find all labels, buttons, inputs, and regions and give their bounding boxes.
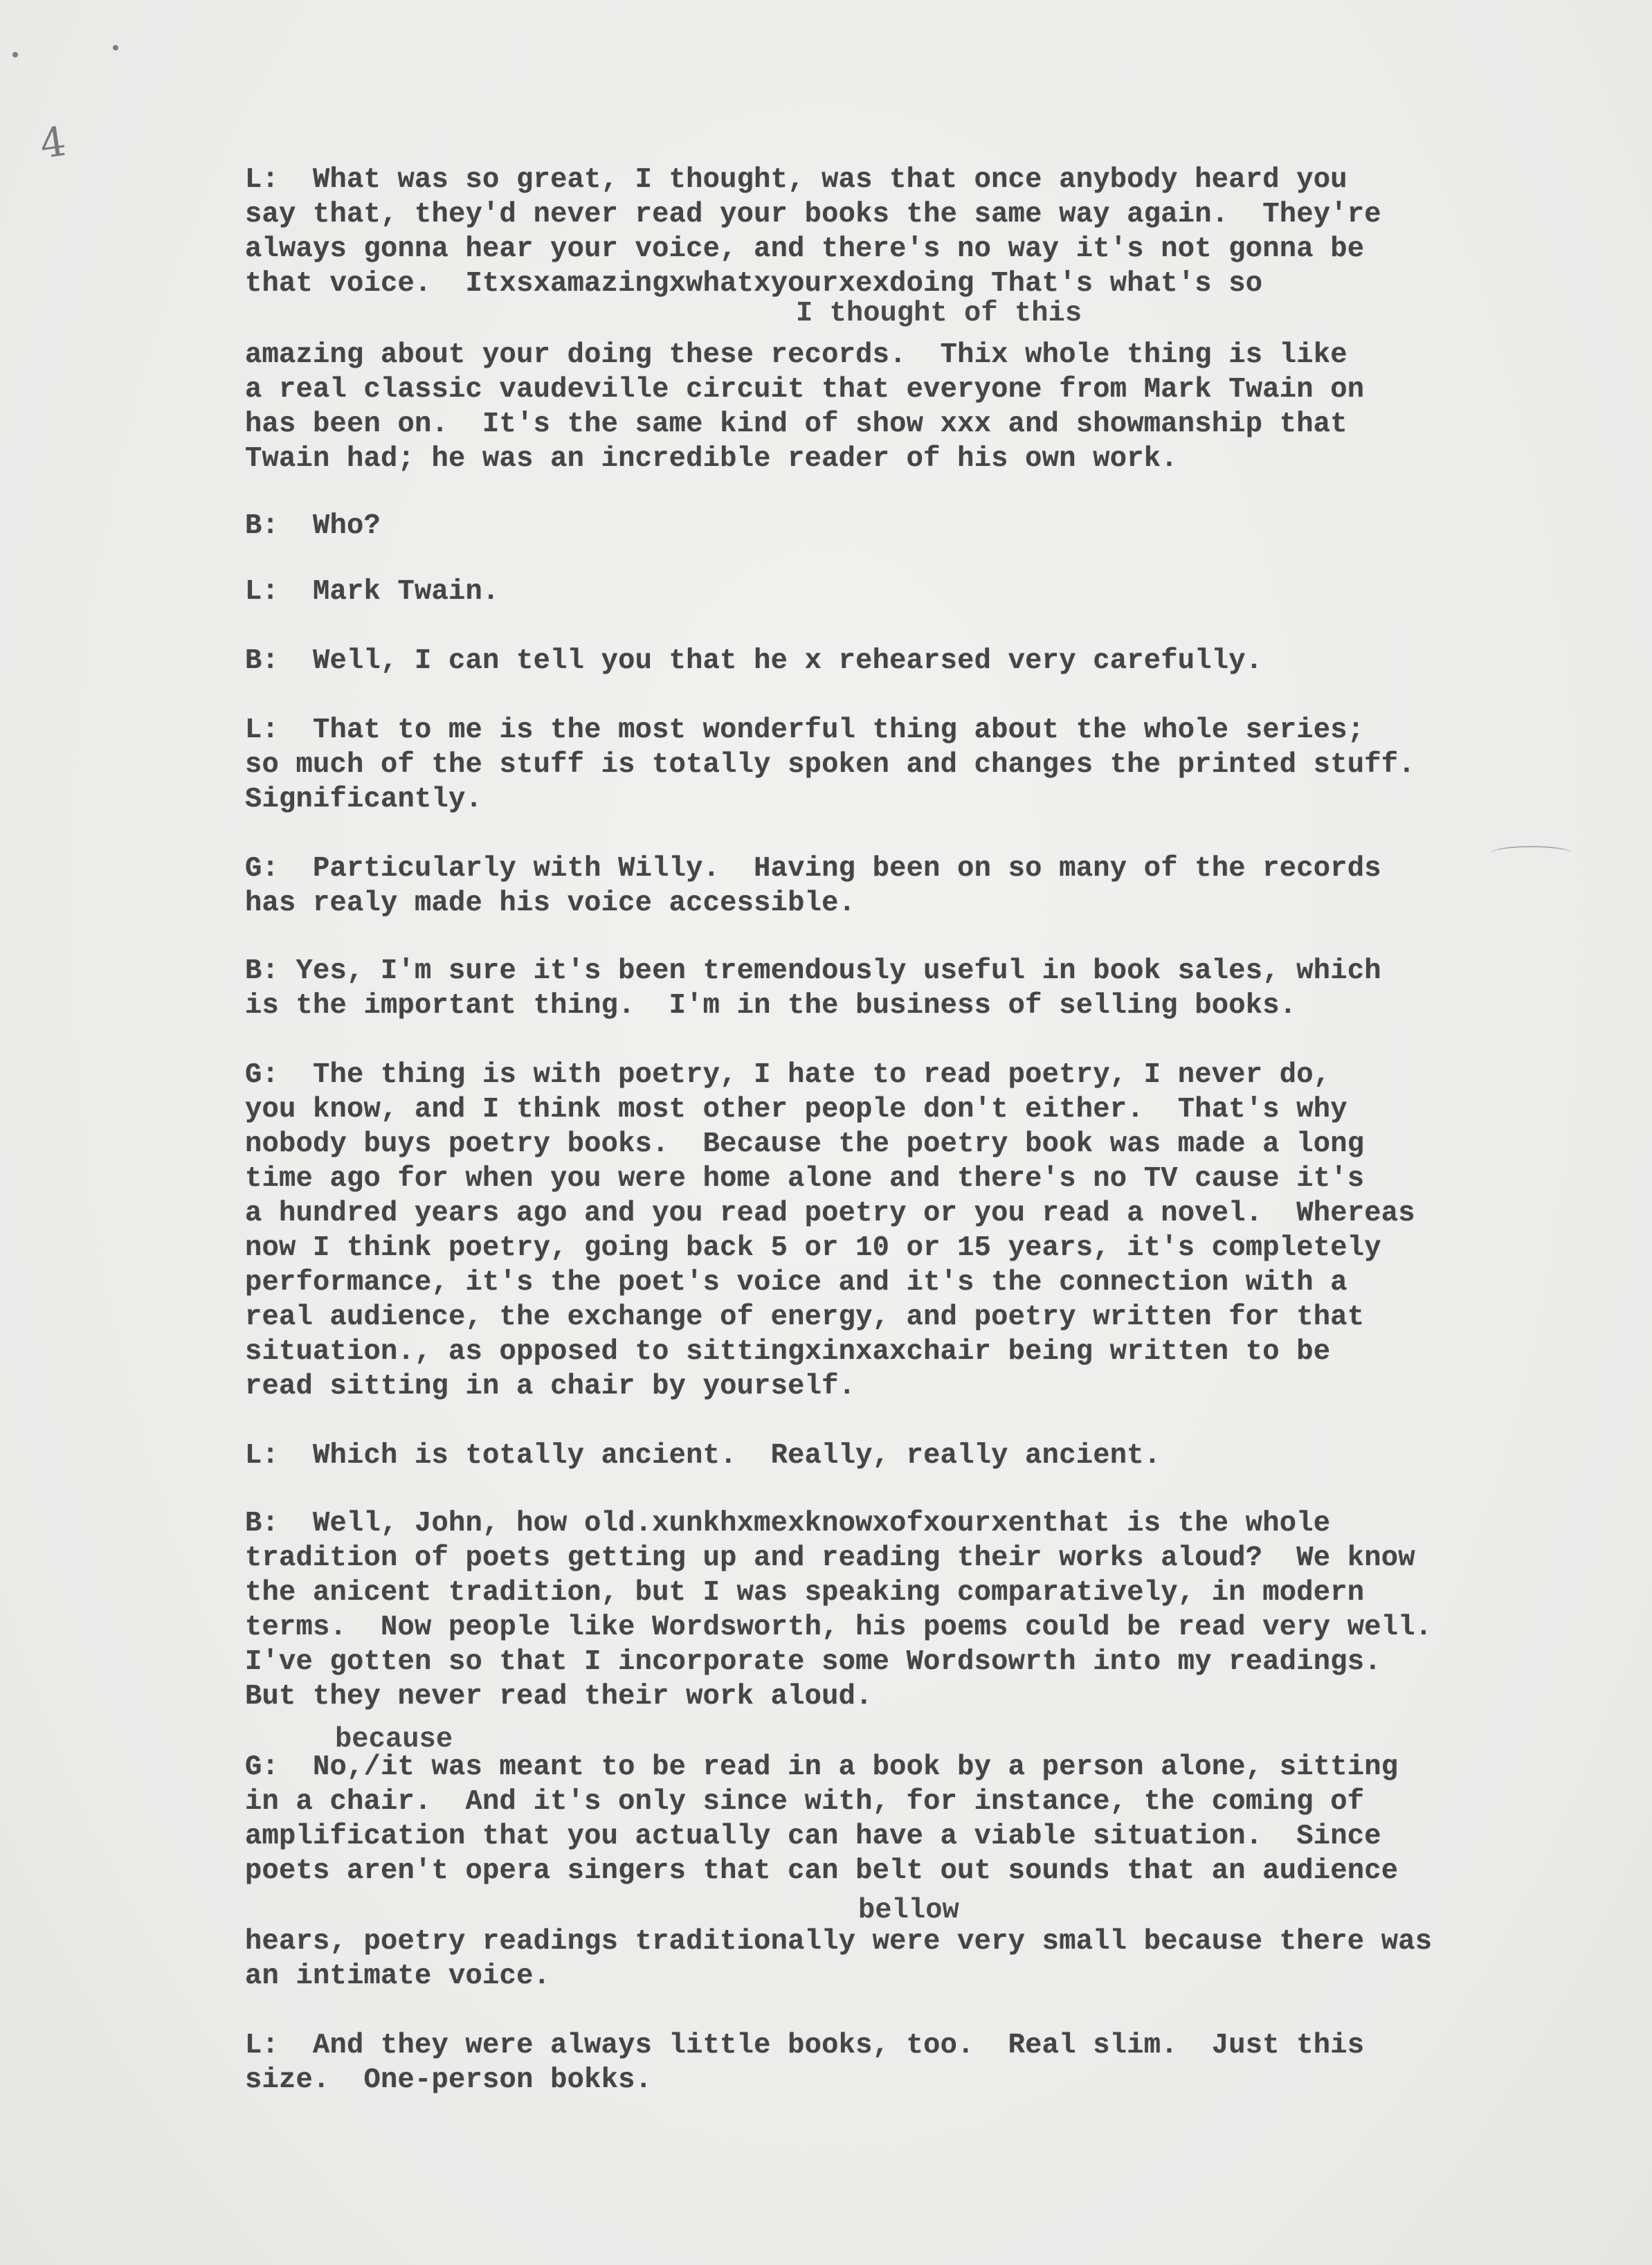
handwritten-page-number: 4	[37, 118, 69, 168]
transcript-line: has realy made his voice accessible.	[245, 886, 855, 921]
transcript-line: B: Yes, I'm sure it's been tremendously …	[245, 954, 1381, 989]
transcript-line: always gonna hear your voice, and there'…	[245, 232, 1364, 267]
transcript-line: real audience, the exchange of energy, a…	[245, 1300, 1364, 1335]
typewritten-page: 4 L: What was so great, I thought, was t…	[0, 0, 1652, 2265]
transcript-line: L: What was so great, I thought, was tha…	[245, 163, 1347, 197]
transcript-line: is the important thing. I'm in the busin…	[245, 989, 1296, 1023]
transcript-line: that voice. Itxsxamazingxwhatxyourxexdoi…	[245, 267, 1262, 301]
transcript-line: an intimate voice.	[245, 1959, 550, 1994]
transcript-line: poets aren't opera singers that can belt…	[245, 1854, 1398, 1888]
transcript-line: performance, it's the poet's voice and i…	[245, 1265, 1347, 1300]
transcript-line: read sitting in a chair by yourself.	[245, 1369, 855, 1404]
insertion-because: because	[335, 1722, 453, 1757]
transcript-line: B: Well, I can tell you that he x rehear…	[245, 644, 1262, 678]
transcript-line: has been on. It's the same kind of show …	[245, 407, 1347, 442]
transcript-line: you know, and I think most other people …	[245, 1092, 1347, 1127]
transcript-line: a hundred years ago and you read poetry …	[245, 1196, 1415, 1231]
transcript-line: Twain had; he was an incredible reader o…	[245, 442, 1178, 476]
transcript-line: amazing about your doing these records. …	[245, 338, 1347, 372]
transcript-line: now I think poetry, going back 5 or 10 o…	[245, 1231, 1381, 1265]
transcript-line: say that, they'd never read your books t…	[245, 197, 1381, 232]
transcript-line: situation., as opposed to sittingxinxaxc…	[245, 1335, 1330, 1369]
transcript-line: L: That to me is the most wonderful thin…	[245, 713, 1364, 748]
transcript-line: B: Who?	[245, 509, 381, 543]
insertion-i-thought-of-this: I thought of this	[796, 296, 1082, 331]
staple-hole	[12, 52, 18, 57]
transcript-line: G: The thing is with poetry, I hate to r…	[245, 1058, 1330, 1092]
transcript-line: time ago for when you were home alone an…	[245, 1162, 1364, 1196]
transcript-line: in a chair. And it's only since with, fo…	[245, 1785, 1364, 1819]
transcript-line: But they never read their work aloud.	[245, 1679, 873, 1714]
transcript-line: tradition of poets getting up and readin…	[245, 1541, 1415, 1576]
transcript-line: hears, poetry readings traditionally wer…	[245, 1924, 1432, 1959]
transcript-line: terms. Now people like Wordsworth, his p…	[245, 1610, 1432, 1645]
transcript-line: a real classic vaudeville circuit that e…	[245, 372, 1364, 407]
transcript-line: L: Which is totally ancient. Really, rea…	[245, 1438, 1161, 1473]
pencil-mark	[1491, 846, 1571, 860]
transcript-line: I've gotten so that I incorporate some W…	[245, 1645, 1381, 1679]
insertion-bellow: bellow	[858, 1893, 959, 1928]
transcript-line: L: And they were always little books, to…	[245, 2028, 1364, 2063]
staple-hole	[113, 45, 118, 51]
transcript-line: amplification that you actually can have…	[245, 1819, 1381, 1854]
transcript-line: B: Well, John, how old.xunkhxmexknowxofx…	[245, 1506, 1330, 1541]
transcript-line: the anicent tradition, but I was speakin…	[245, 1576, 1364, 1610]
transcript-line: size. One-person bokks.	[245, 2063, 652, 2097]
transcript-line: L: Mark Twain.	[245, 575, 500, 609]
transcript-line: so much of the stuff is totally spoken a…	[245, 748, 1415, 782]
transcript-line: G: Particularly with Willy. Having been …	[245, 851, 1381, 886]
transcript-line: Significantly.	[245, 782, 482, 817]
transcript-line: nobody buys poetry books. Because the po…	[245, 1127, 1364, 1162]
